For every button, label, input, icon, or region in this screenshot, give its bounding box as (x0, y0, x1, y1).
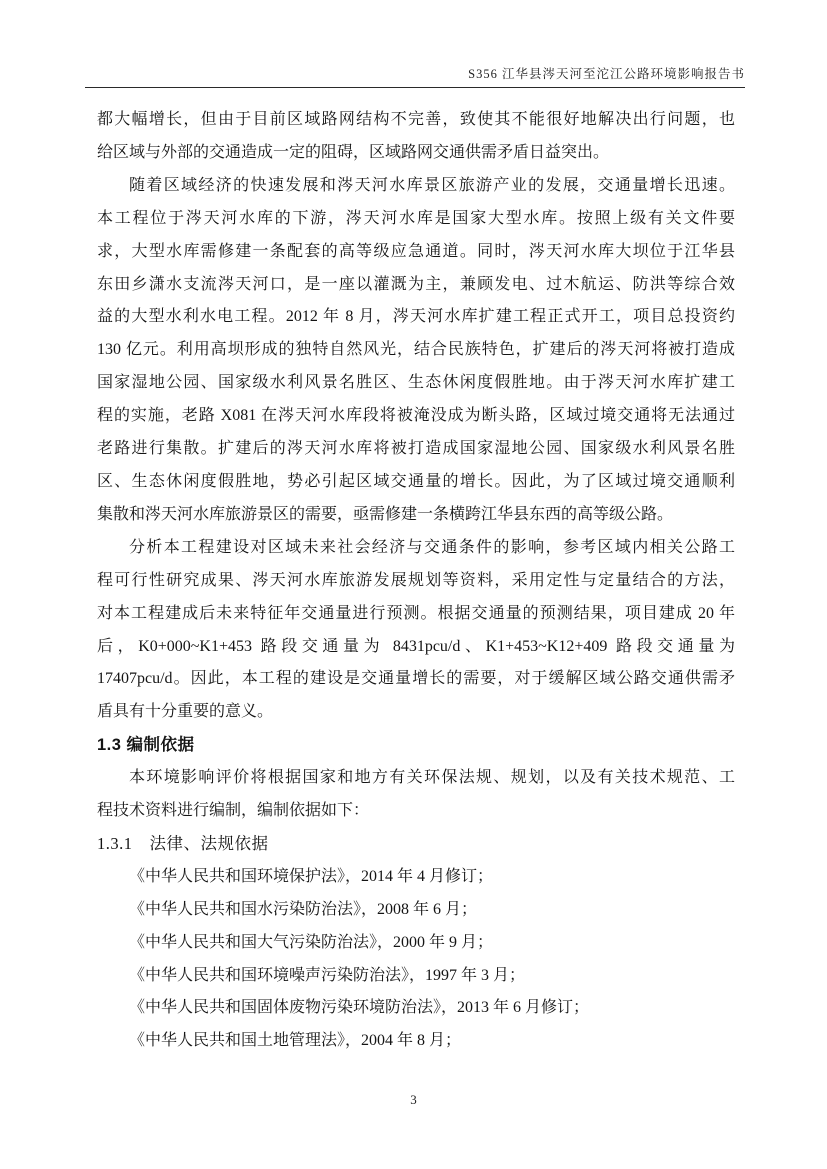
document-body: 都大幅增长，但由于目前区域路网结构不完善，致使其不能很好地解决出行问题，也给区域… (97, 104, 735, 1058)
text-line: 对本工程建成后未来特征年交通量进行预测。根据交通量的预测结果，项目建成 20 年 (97, 598, 735, 631)
text-line: 《中华人民共和国土地管理法》，2004 年 8 月； (97, 1025, 735, 1058)
paragraph: 本环境影响评价将根据国家和地方有关环保法规、规划，以及有关技术规范、工程技术资料… (97, 762, 735, 828)
text-line: 《中华人民共和国环境噪声污染防治法》，1997 年 3 月； (97, 960, 735, 993)
text-line: 集散和涔天河水库旅游景区的需要，亟需修建一条横跨江华县东西的高等级公路。 (97, 499, 735, 532)
list-item: 《中华人民共和国土地管理法》，2004 年 8 月； (97, 1025, 735, 1058)
text-line: 《中华人民共和国水污染防治法》，2008 年 6 月； (97, 894, 735, 927)
list-item: 《中华人民共和国环境噪声污染防治法》，1997 年 3 月； (97, 960, 735, 993)
text-line: 本环境影响评价将根据国家和地方有关环保法规、规划，以及有关技术规范、工 (97, 762, 735, 795)
paragraph: 都大幅增长，但由于目前区域路网结构不完善，致使其不能很好地解决出行问题，也给区域… (97, 104, 735, 170)
list-item: 《中华人民共和国水污染防治法》，2008 年 6 月； (97, 894, 735, 927)
text-line: 《中华人民共和国大气污染防治法》，2000 年 9 月； (97, 927, 735, 960)
text-line: 盾具有十分重要的意义。 (97, 696, 735, 729)
section-heading: 1.3 编制依据 (97, 729, 735, 762)
text-line: 区、生态休闲度假胜地，势必引起区域交通量的增长。因此，为了区域过境交通顺利 (97, 466, 735, 499)
document-page: S356 江华县涔天河至沱江公路环境影响报告书 都大幅增长，但由于目前区域路网结… (0, 0, 827, 1169)
list-item: 《中华人民共和国环境保护法》，2014 年 4 月修订； (97, 861, 735, 894)
text-line: 1.3 编制依据 (97, 729, 735, 762)
text-line: 17407pcu/d。因此，本工程的建设是交通量增长的需要，对于缓解区域公路交通… (97, 663, 735, 696)
text-line: 求，大型水库需修建一条配套的高等级应急通道。同时，涔天河水库大坝位于江华县 (97, 236, 735, 269)
text-line: 本工程位于涔天河水库的下游，涔天河水库是国家大型水库。按照上级有关文件要 (97, 203, 735, 236)
text-line: 东田乡潇水支流涔天河口，是一座以灌溉为主，兼顾发电、过木航运、防洪等综合效 (97, 269, 735, 302)
text-line: 分析本工程建设对区域未来社会经济与交通条件的影响，参考区域内相关公路工 (97, 532, 735, 565)
text-line: 后，K0+000~K1+453 路段交通量为 8431pcu/d、K1+453~… (97, 631, 735, 664)
text-line: 程技术资料进行编制，编制依据如下： (97, 795, 735, 828)
text-line: 老路进行集散。扩建后的涔天河水库将被打造成国家湿地公园、国家级水利风景名胜 (97, 433, 735, 466)
paragraph: 随着区域经济的快速发展和涔天河水库景区旅游产业的发展，交通量增长迅速。本工程位于… (97, 170, 735, 532)
text-line: 《中华人民共和国固体废物污染环境防治法》，2013 年 6 月修订； (97, 992, 735, 1025)
page-number: 3 (410, 1092, 417, 1107)
text-line: 程可行性研究成果、涔天河水库旅游发展规划等资料，采用定性与定量结合的方法， (97, 565, 735, 598)
page-footer: 3 (0, 1092, 827, 1108)
text-line: 都大幅增长，但由于目前区域路网结构不完善，致使其不能很好地解决出行问题，也 (97, 104, 735, 137)
text-line: 1.3.1 法律、法规依据 (97, 828, 735, 861)
section-heading: 1.3.1 法律、法规依据 (97, 828, 735, 861)
list-item: 《中华人民共和国大气污染防治法》，2000 年 9 月； (97, 927, 735, 960)
text-line: 随着区域经济的快速发展和涔天河水库景区旅游产业的发展，交通量增长迅速。 (97, 170, 735, 203)
text-line: 130 亿元。利用高坝形成的独特自然风光，结合民族特色，扩建后的涔天河将被打造成 (97, 334, 735, 367)
text-line: 《中华人民共和国环境保护法》，2014 年 4 月修订； (97, 861, 735, 894)
text-line: 程的实施，老路 X081 在涔天河水库段将被淹没成为断头路，区域过境交通将无法通… (97, 400, 735, 433)
header-divider (85, 87, 745, 88)
text-line: 国家湿地公园、国家级水利风景名胜区、生态休闲度假胜地。由于涔天河水库扩建工 (97, 367, 735, 400)
paragraph: 分析本工程建设对区域未来社会经济与交通条件的影响，参考区域内相关公路工程可行性研… (97, 532, 735, 729)
report-title: S356 江华县涔天河至沱江公路环境影响报告书 (85, 66, 745, 82)
text-line: 给区域与外部的交通造成一定的阻碍，区域路网交通供需矛盾日益突出。 (97, 137, 735, 170)
text-line: 益的大型水利水电工程。2012 年 8 月，涔天河水库扩建工程正式开工，项目总投… (97, 301, 735, 334)
page-header: S356 江华县涔天河至沱江公路环境影响报告书 (85, 66, 745, 88)
list-item: 《中华人民共和国固体废物污染环境防治法》，2013 年 6 月修订； (97, 992, 735, 1025)
